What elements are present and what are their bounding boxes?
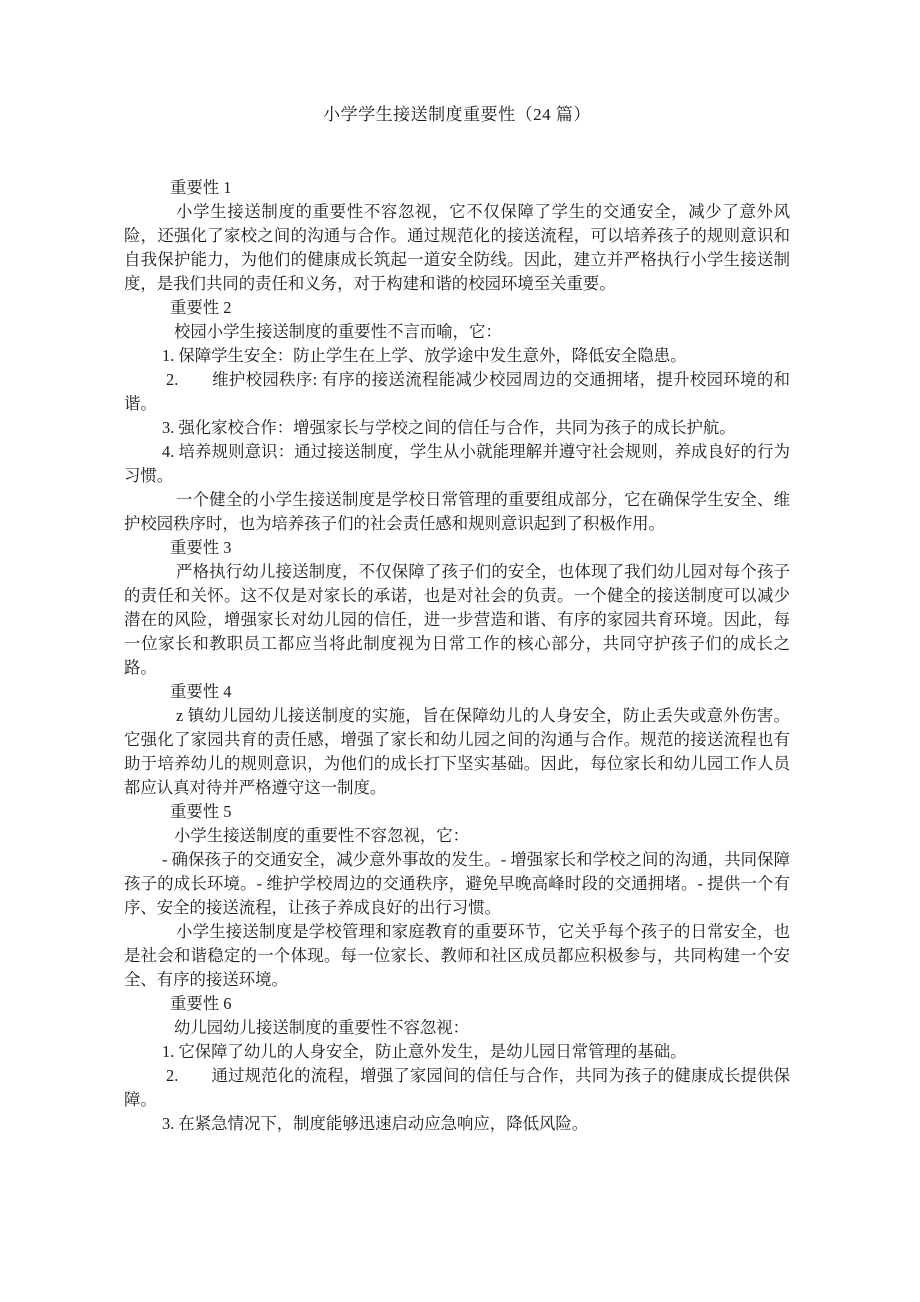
paragraph: 2. 维护校园秩序: 有序的接送流程能减少校园周边的交通拥堵，提升校园环境的和谐… — [124, 368, 790, 416]
paragraph: 1. 保障学生安全：防止学生在上学、放学途中发生意外，降低安全隐患。 — [124, 344, 790, 368]
section-heading: 重要性 4 — [124, 680, 790, 704]
paragraph: 幼儿园幼儿接送制度的重要性不容忽视： — [124, 1016, 790, 1040]
paragraph: 校园小学生接送制度的重要性不言而喻，它： — [124, 320, 790, 344]
paragraph: 2. 通过规范化的流程，增强了家园间的信任与合作，共同为孩子的健康成长提供保障。 — [124, 1064, 790, 1112]
paragraph: 3. 在紧急情况下，制度能够迅速启动应急响应，降低风险。 — [124, 1112, 790, 1136]
document-page: 小学学生接送制度重要性（24 篇） 重要性 1小学生接送制度的重要性不容忽视，它… — [0, 0, 920, 1302]
paragraph: z 镇幼儿园幼儿接送制度的实施，旨在保障幼儿的人身安全，防止丢失或意外伤害。它强… — [124, 704, 790, 800]
paragraph: 小学生接送制度的重要性不容忽视，它不仅保障了学生的交通安全，减少了意外风险，还强… — [124, 200, 790, 296]
section-heading: 重要性 1 — [124, 176, 790, 200]
section-heading: 重要性 3 — [124, 536, 790, 560]
paragraph: - 确保孩子的交通安全，减少意外事故的发生。- 增强家长和学校之间的沟通，共同保… — [124, 848, 790, 920]
paragraph: 严格执行幼儿接送制度，不仅保障了孩子们的安全，也体现了我们幼儿园对每个孩子的责任… — [124, 560, 790, 680]
paragraph: 一个健全的小学生接送制度是学校日常管理的重要组成部分，它在确保学生安全、维护校园… — [124, 488, 790, 536]
document-body: 重要性 1小学生接送制度的重要性不容忽视，它不仅保障了学生的交通安全，减少了意外… — [124, 176, 790, 1136]
document-title: 小学学生接送制度重要性（24 篇） — [124, 103, 790, 127]
section-heading: 重要性 2 — [124, 296, 790, 320]
paragraph: 小学生接送制度的重要性不容忽视，它： — [124, 824, 790, 848]
paragraph: 1. 它保障了幼儿的人身安全，防止意外发生，是幼儿园日常管理的基础。 — [124, 1040, 790, 1064]
paragraph: 4. 培养规则意识：通过接送制度，学生从小就能理解并遵守社会规则，养成良好的行为… — [124, 440, 790, 488]
paragraph: 小学生接送制度是学校管理和家庭教育的重要环节，它关乎每个孩子的日常安全，也是社会… — [124, 920, 790, 992]
section-heading: 重要性 5 — [124, 800, 790, 824]
section-heading: 重要性 6 — [124, 992, 790, 1016]
paragraph: 3. 强化家校合作：增强家长与学校之间的信任与合作，共同为孩子的成长护航。 — [124, 416, 790, 440]
